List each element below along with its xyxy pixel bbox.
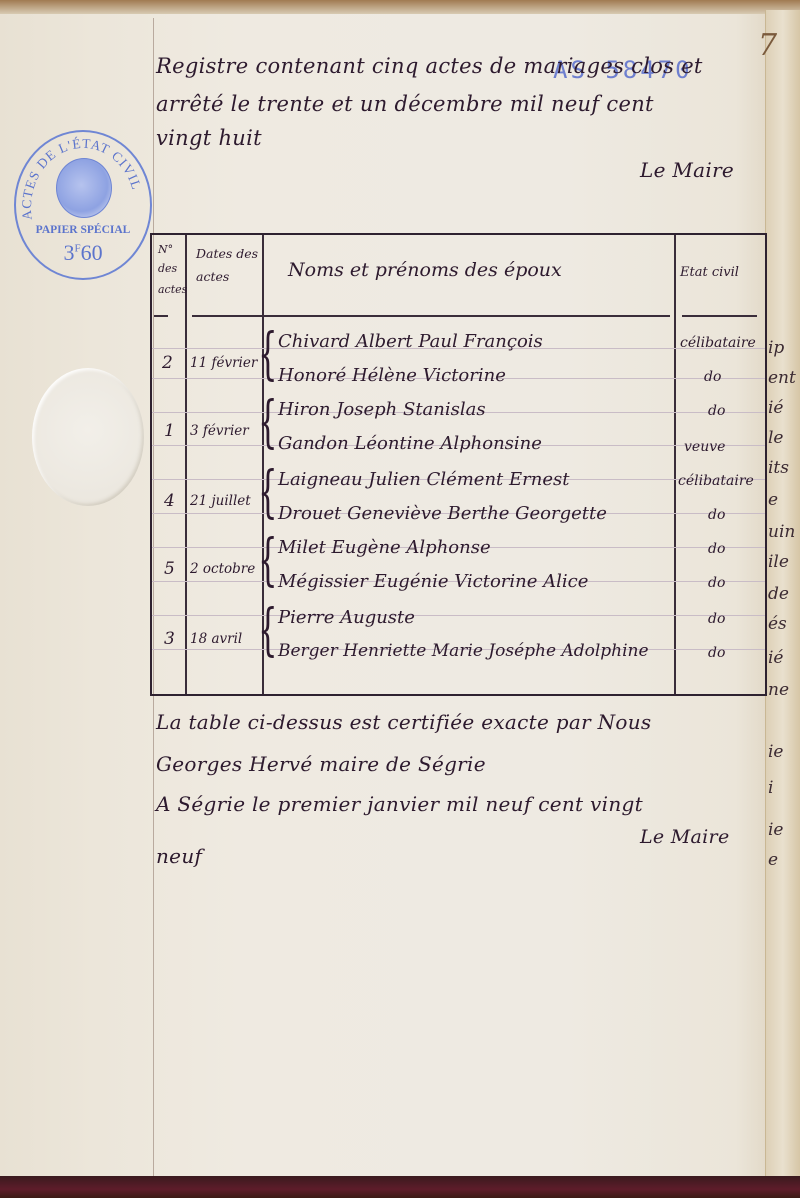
spouse-status: do: [704, 369, 721, 385]
facing-page-text: és: [768, 614, 787, 634]
register-page: 7 AS 58470 Registre contenant cinq actes…: [0, 0, 800, 1198]
spouse-name: Milet Eugène Alphonse: [278, 537, 491, 558]
facing-page-text: de: [768, 584, 789, 604]
facing-page-text: ip: [768, 338, 784, 358]
spouse-name: Hiron Joseph Stanislas: [278, 399, 486, 420]
closing-signature: Le Maire: [640, 158, 734, 182]
closing-line-2: arrêté le trente et un décembre mil neuf…: [156, 92, 654, 116]
header-names: Noms et prénoms des époux: [288, 259, 562, 281]
facing-page-text: e: [768, 490, 778, 510]
spouse-name: Berger Henriette Marie Joséphe Adolphine: [278, 641, 649, 661]
act-number: 1: [164, 421, 175, 441]
stamp-price: 3F60: [16, 240, 150, 266]
certification-line-3: A Ségrie le premier janvier mil neuf cen…: [156, 792, 643, 816]
header-status: Etat civil: [680, 265, 739, 280]
certification-line-4: neuf: [156, 844, 202, 868]
spouse-status: do: [708, 645, 725, 661]
facing-page-text: its: [768, 458, 789, 478]
facing-page-text: ié: [768, 648, 784, 668]
closing-line-1: Registre contenant cinq actes de mariage…: [156, 54, 703, 78]
spouse-status: célibataire: [678, 473, 754, 489]
folio-number: 7: [758, 28, 777, 63]
embossed-seal: [32, 368, 144, 506]
facing-page-text: ne: [768, 680, 789, 700]
col-divider: [185, 235, 187, 694]
spouse-name: Honoré Hélène Victorine: [278, 365, 506, 386]
header-rule: [682, 315, 757, 317]
brace-icon: {: [258, 395, 278, 451]
act-number: 3: [164, 629, 175, 649]
act-number: 2: [162, 353, 173, 373]
fiscal-stamp: ACTES DE L'ÉTAT CIVIL PAPIER SPÉCIAL 3F6…: [14, 130, 152, 280]
brace-icon: {: [258, 327, 278, 383]
act-date: 11 février: [190, 355, 257, 371]
spouse-name: Drouet Geneviève Berthe Georgette: [278, 503, 607, 524]
certification-line-1: La table ci-dessus est certifiée exacte …: [156, 710, 652, 734]
act-date: 3 février: [190, 423, 249, 439]
facing-page-text: le: [768, 428, 784, 448]
spouse-status: do: [708, 507, 725, 523]
book-binding: [0, 1176, 800, 1198]
header-date: Dates des actes: [196, 247, 258, 283]
spouse-status: veuve: [684, 439, 725, 455]
facing-page-text: ie: [768, 820, 784, 840]
certification-signature: Le Maire: [640, 826, 730, 848]
spouse-status: do: [708, 541, 725, 557]
spouse-name: Chivard Albert Paul François: [278, 331, 543, 352]
brace-icon: {: [258, 603, 278, 659]
spouse-status: do: [708, 611, 725, 627]
facing-page-text: ent: [768, 368, 796, 388]
header-rule: [192, 315, 670, 317]
facing-page-text: e: [768, 850, 778, 870]
spouse-status: do: [708, 575, 725, 591]
spouse-status: célibataire: [680, 335, 756, 351]
spouse-status: do: [708, 403, 725, 419]
marriage-register-table: N° des actes Dates des actes Noms et pré…: [150, 233, 767, 696]
spouse-name: Pierre Auguste: [278, 607, 415, 628]
header-number: N° des actes: [158, 243, 187, 296]
certification-line-2: Georges Hervé maire de Ségrie: [156, 752, 486, 776]
spouse-name: Laigneau Julien Clément Ernest: [278, 469, 569, 490]
facing-page-text: i: [768, 778, 773, 798]
act-number: 4: [164, 491, 175, 511]
brace-icon: {: [258, 465, 278, 521]
act-date: 18 avril: [190, 631, 242, 647]
act-date: 21 juillet: [190, 493, 251, 509]
col-divider: [674, 235, 676, 694]
marianne-medallion-icon: [56, 158, 112, 218]
spouse-name: Gandon Léontine Alphonsine: [278, 433, 542, 454]
act-date: 2 octobre: [190, 561, 255, 577]
closing-line-3: vingt huit: [156, 126, 262, 150]
spouse-name: Mégissier Eugénie Victorine Alice: [278, 571, 588, 592]
page-top-edge: [0, 0, 800, 14]
facing-page-text: ie: [768, 742, 784, 762]
header-rule: [154, 315, 168, 317]
brace-icon: {: [258, 533, 278, 589]
facing-page-text: uin: [768, 522, 795, 542]
facing-page-text: ile: [768, 552, 789, 572]
act-number: 5: [164, 559, 175, 579]
stamp-label: PAPIER SPÉCIAL: [16, 224, 150, 236]
facing-page-text: ié: [768, 398, 784, 418]
